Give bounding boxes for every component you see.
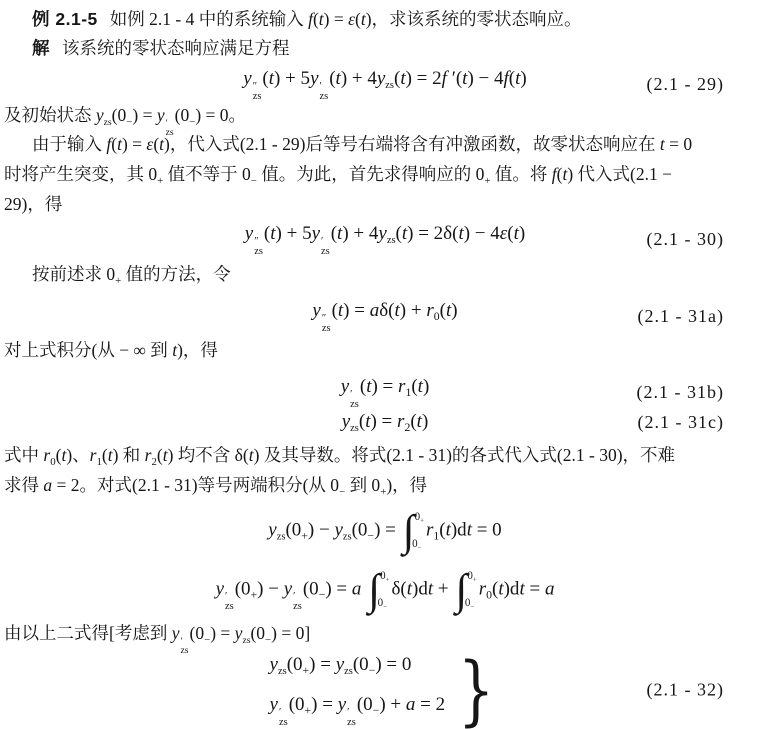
equation-2-1-31b: y′zs(t) = r1(t) (2.1 - 31b) xyxy=(0,374,770,410)
solution-line: 解该系统的零状态响应满足方程 xyxy=(4,36,768,60)
equation-2-1-29: y″zs(t) + 5y′zs(t) + 4yzs(t) = 2f ′(t) −… xyxy=(0,66,770,102)
method-line: 按前述求 0+ 值的方法，令 xyxy=(4,262,768,286)
paragraph1-line3: 29)，得 xyxy=(4,192,768,216)
equation-number: (2.1 - 31c) xyxy=(638,409,724,435)
system-line-2: y′zs(0+) = y′zs(0−) + a = 2 xyxy=(270,692,446,728)
textbook-page: 例 2.1-5如例 2.1 - 4 中的系统输入 f(t) = ε(t)，求该系… xyxy=(0,0,770,729)
integrate-line: 对上式积分(从 − ∞ 到 t)，得 xyxy=(4,338,768,362)
example-label: 例 2.1-5 xyxy=(32,9,98,29)
equation-body: y″zs(t) + 5y′zs(t) + 4yzs(t) = 2f ′(t) −… xyxy=(243,68,526,89)
solution-text: 该系统的零状态响应满足方程 xyxy=(62,38,290,58)
equation-body: y′zs(0+) − y′zs(0−) = a ∫0+0−δ(t)dt + ∫0… xyxy=(216,570,555,613)
paragraph1-line2: 时将产生突变，其 0+ 值不等于 0− 值。为此，首先求得响应的 0+ 值。将 … xyxy=(4,162,768,186)
equation-body: y″zs(t) + 5y′zs(t) + 4yzs(t) = 2δ(t) − 4… xyxy=(245,223,525,244)
equation-2-1-31c: yzs(t) = r2(t) (2.1 - 31c) xyxy=(0,409,770,435)
right-brace: } xyxy=(458,654,494,726)
equation-body: yzs(0+) − yzs(0−) = ∫0+0−r1(t)dt = 0 xyxy=(268,511,501,551)
equation-2-1-31a: y″zs(t) = aδ(t) + r0(t) (2.1 - 31a) xyxy=(0,298,770,334)
paragraph2-line1: 式中 r0(t)、r1(t) 和 r2(t) 均不含 δ(t) 及其导数。将式(… xyxy=(4,443,768,467)
conclusion-line: 由以上二式得[考虑到 y′zs(0−) = yzs(0−) = 0] xyxy=(4,621,768,655)
equation-body: y′zs(t) = r1(t) xyxy=(341,376,430,397)
equation-system-2-1-32: yzs(0+) = yzs(0−) = 0 y′zs(0+) = y′zs(0−… xyxy=(0,652,770,728)
equation-number: (2.1 - 30) xyxy=(647,226,724,252)
equation-body: yzs(t) = r2(t) xyxy=(342,411,429,432)
integral-equation-2: y′zs(0+) − y′zs(0−) = a ∫0+0−δ(t)dt + ∫0… xyxy=(0,565,770,617)
equation-body: y″zs(t) = aδ(t) + r0(t) xyxy=(312,300,457,321)
equation-number: (2.1 - 29) xyxy=(647,71,724,97)
example-text: 如例 2.1 - 4 中的系统输入 f(t) = ε(t)，求该系统的零状态响应… xyxy=(110,9,582,29)
equation-number: (2.1 - 32) xyxy=(647,680,724,701)
example-heading: 例 2.1-5如例 2.1 - 4 中的系统输入 f(t) = ε(t)，求该系… xyxy=(4,7,768,31)
system-column: yzs(0+) = yzs(0−) = 0 y′zs(0+) = y′zs(0−… xyxy=(270,652,446,728)
system-line-1: yzs(0+) = yzs(0−) = 0 xyxy=(270,652,412,678)
integral-equation-1: yzs(0+) − yzs(0−) = ∫0+0−r1(t)dt = 0 xyxy=(0,505,770,557)
equation-number: (2.1 - 31a) xyxy=(638,303,724,329)
solution-label: 解 xyxy=(32,38,50,58)
equation-2-1-30: y″zs(t) + 5y′zs(t) + 4yzs(t) = 2δ(t) − 4… xyxy=(0,221,770,257)
equation-number: (2.1 - 31b) xyxy=(637,379,724,405)
paragraph1-line1: 由于输入 f(t) = ε(t)，代入式(2.1 - 29)后等号右端将含有冲激… xyxy=(4,132,768,156)
paragraph2-line2: 求得 a = 2。对式(2.1 - 31)等号两端积分(从 0− 到 0+)，得 xyxy=(4,473,768,497)
